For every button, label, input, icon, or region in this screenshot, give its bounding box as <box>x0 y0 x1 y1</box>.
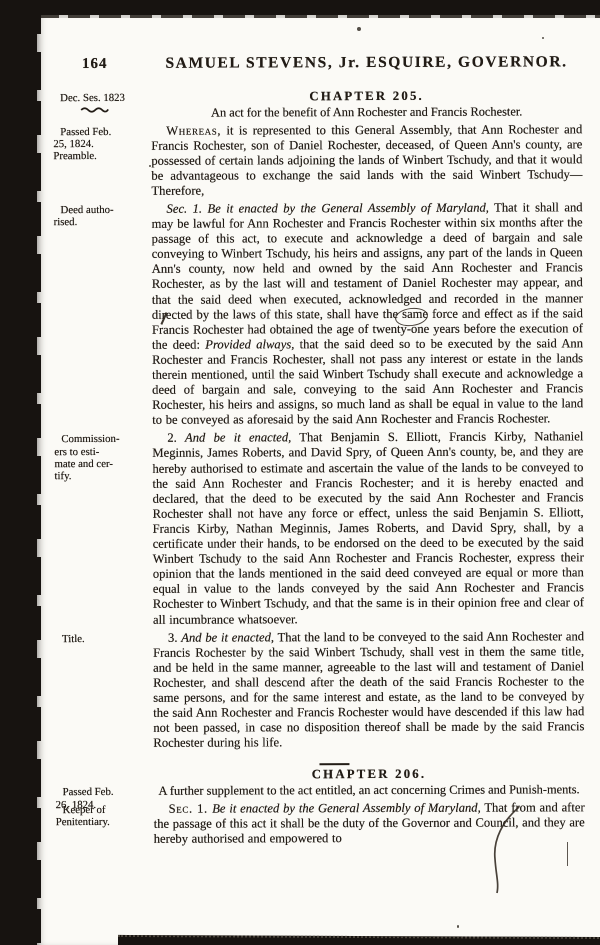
text-run: And be it enacted, <box>181 630 274 644</box>
margin-note-line: Keeper of <box>56 804 150 817</box>
block-paragraph: Title.3. And be it enacted, That the lan… <box>53 629 584 752</box>
section-divider <box>153 754 584 766</box>
running-header: SAMUEL STEVENS, Jr. ESQUIRE, GOVERNOR. <box>151 53 582 73</box>
block-paragraph: Keeper ofPenitentiary.Sec. 1. Be it enac… <box>54 800 585 847</box>
margin-note-line: Passed Feb. <box>53 125 147 138</box>
text-run: Sec. 1. <box>169 801 213 815</box>
text-run: That the land to be conveyed to the said… <box>153 629 584 750</box>
block-paragraph: Deed autho-rised.Sec. 1. Be it enacted b… <box>52 200 584 428</box>
block-rule <box>53 754 584 766</box>
margin-note-line: rised. <box>54 216 148 229</box>
text-run: 3. <box>168 630 181 644</box>
margin-note-line: tify. <box>54 470 148 483</box>
text-run: That Benjamin S. Elliott, Francis Kirby,… <box>152 430 584 627</box>
text-run: Be it enacted by the General Assembly of… <box>212 800 481 815</box>
statute-paragraph: 2. And be it enacted, That Benjamin S. E… <box>152 430 584 628</box>
text-run: Provided always, <box>205 337 294 351</box>
text-run: Be it enacted by the General Assembly of… <box>207 201 489 216</box>
chapter-heading: CHAPTER 206. <box>153 767 584 784</box>
margin-note: Deed autho-rised. <box>54 204 148 229</box>
divider-rule <box>319 763 349 765</box>
margin-note-line: mate and cer- <box>54 458 148 471</box>
statute-paragraph: Sec. 1. Be it enacted by the General Ass… <box>152 200 584 428</box>
scan-border-top <box>0 0 600 15</box>
page-number: 164 <box>82 56 108 73</box>
statute-paragraph: Sec. 1. Be it enacted by the General Ass… <box>154 800 585 847</box>
page-body: Dec. Ses. 1823CHAPTER 205.An act for the… <box>51 88 585 847</box>
scan-border-left <box>0 0 37 945</box>
scan-speck <box>457 925 459 928</box>
margin-note-line: Dec. Ses. 1823 <box>53 92 147 105</box>
block-paragraph: Commission-ers to esti-mate and cer-tify… <box>52 430 584 628</box>
scanned-book-page: 164 SAMUEL STEVENS, Jr. ESQUIRE, GOVERNO… <box>0 0 600 945</box>
block-chapter: Dec. Ses. 1823CHAPTER 205. <box>51 88 582 105</box>
page-content: 164 SAMUEL STEVENS, Jr. ESQUIRE, GOVERNO… <box>51 53 585 850</box>
text-run: And be it enacted, <box>185 431 291 445</box>
block-chapter: CHAPTER 206. <box>53 767 584 784</box>
text-run: Whereas, <box>166 123 221 137</box>
block-title: An act for the benefit of Ann Rochester … <box>51 104 582 120</box>
page-paper: 164 SAMUEL STEVENS, Jr. ESQUIRE, GOVERNO… <box>37 15 600 945</box>
act-title: An act for the benefit of Ann Rochester … <box>151 104 582 120</box>
margin-note-line: Deed autho- <box>54 204 148 217</box>
margin-note-line: Penitentiary. <box>56 816 150 829</box>
block-paragraph: Passed Feb.25, 1824.Preamble.Whereas, it… <box>51 122 582 199</box>
scan-border-bottom <box>118 935 600 945</box>
margin-note: Keeper ofPenitentiary. <box>56 804 150 829</box>
statute-paragraph: Whereas, it is represented to this Gener… <box>151 122 582 199</box>
margin-note-line: 25, 1824. <box>53 138 147 151</box>
text-run: That it shall and may be lawful for Ann … <box>152 200 583 351</box>
scan-speck <box>542 37 544 39</box>
margin-note-line: ers to esti- <box>54 445 148 458</box>
page-header: 164 SAMUEL STEVENS, Jr. ESQUIRE, GOVERNO… <box>51 53 582 77</box>
text-run: 2. <box>167 431 185 445</box>
statute-paragraph: 3. And be it enacted, That the land to b… <box>153 629 584 751</box>
margin-note-line: Commission- <box>54 433 148 446</box>
chapter-heading: CHAPTER 205. <box>151 88 582 105</box>
margin-note: Commission-ers to esti-mate and cer-tify… <box>54 433 148 482</box>
scan-speck <box>357 27 361 31</box>
scan-speck <box>149 165 151 167</box>
text-run: Sec. 1. <box>167 202 208 216</box>
margin-note-line: Title. <box>55 632 149 645</box>
margin-note-line: Passed Feb. <box>56 786 150 799</box>
block-title: Passed Feb.26, 1824.A further supplement… <box>54 783 585 799</box>
margin-note: Title. <box>55 632 149 645</box>
margin-note-line: Preamble. <box>53 150 147 163</box>
act-title: A further supplement to the act entitled… <box>154 783 585 799</box>
margin-note: Passed Feb.25, 1824.Preamble. <box>53 125 147 162</box>
